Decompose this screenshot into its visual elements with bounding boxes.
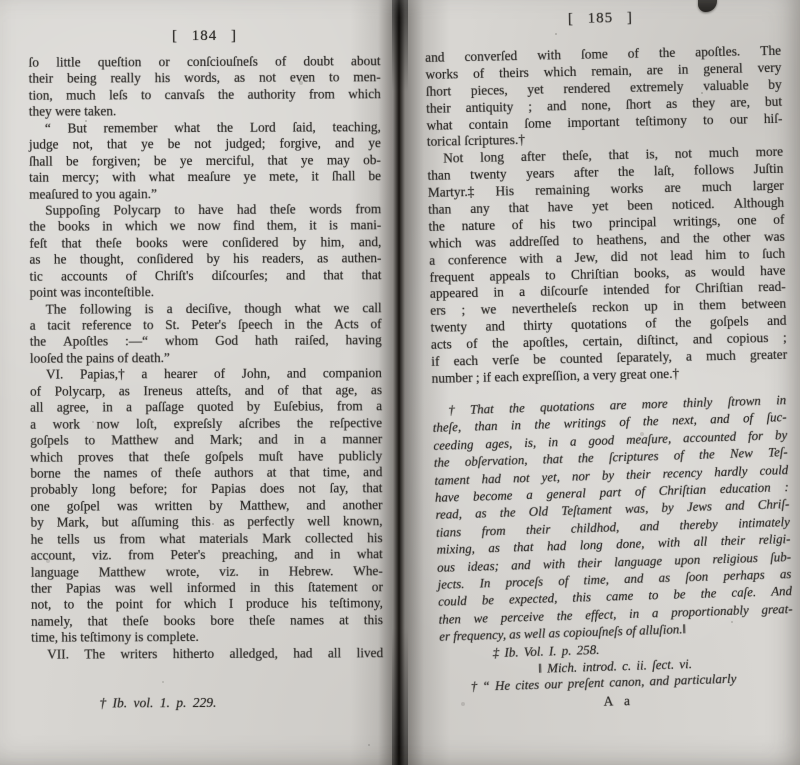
left-text-line: theApoſtles:—“whomGodhathraiſed,having bbox=[30, 333, 382, 351]
left-text-line: theirbeingreallyhiswords,asnoteventomen- bbox=[29, 70, 381, 88]
left-text-line: account,viz.fromPeter'spreaching,andinwh… bbox=[31, 546, 383, 564]
left-text-line: time, his teſtimony is complete. bbox=[31, 629, 383, 647]
left-text-line: VI.Papias,†ahearerofJohn,andcompanion bbox=[30, 366, 382, 384]
left-text-line: ſhallbeforgiven;beyemerciful,thatyemayob… bbox=[29, 152, 381, 170]
left-text-line: thebooksinwhichwenowfindthem,itismani- bbox=[29, 218, 381, 236]
right-page-body: andconverſedwithſomeoftheapoſtles.Thewor… bbox=[425, 43, 788, 388]
left-text-line: languageMatthewwrote,viz.inHebrew.Whe- bbox=[31, 563, 383, 581]
left-text-line: onegoſpelwaswrittenbyMatthew,andanother bbox=[31, 497, 383, 515]
right-page-footnote-block: †Thatthequotationsaremorethinlyſtrownint… bbox=[432, 393, 795, 715]
left-text-line: bornethenamesoftheſeauthorsatthattime,an… bbox=[30, 464, 382, 482]
left-text-line: ticaccountsofChriſt'sdiſcourſes;andthatt… bbox=[30, 267, 382, 285]
right-page-number: [ 185 ] bbox=[420, 7, 780, 31]
left-text-line: tainmercy;withwhatmeaſureyemete,itſhallb… bbox=[29, 168, 381, 186]
left-text-line: Thefollowingisadeciſive,thoughwhatwecall bbox=[30, 300, 382, 318]
left-text-line: aworknowloſt,expreſslyaſcribesthereſpect… bbox=[30, 415, 382, 433]
left-text-line: feſtthattheſebookswereconſideredbyhim,an… bbox=[29, 234, 381, 252]
left-text-line: ſolittlequeſtionorconſciouſneſsofdoubtab… bbox=[29, 53, 381, 71]
left-text-line: ashethought,conſideredbyhisreaders,asaut… bbox=[29, 250, 381, 268]
right-page-footnote-text: †Thatthequotationsaremorethinlyſtrownint… bbox=[432, 393, 793, 647]
left-text-line: judgenot,thatyebenotjudged;forgive,andye bbox=[29, 135, 381, 153]
left-text-line: ofPolycarp,asIreneusatteſts,andofthatage… bbox=[30, 382, 382, 400]
left-page-number: [ 184 ] bbox=[28, 27, 380, 46]
left-text-line: VII.Thewritershithertoalledged,hadallliv… bbox=[31, 645, 383, 663]
left-text-line: goſpelstoMatthewandMark;andinamanner bbox=[30, 431, 382, 449]
right-page: [ 185 ] andconverſedwithſomeoftheapoſtle… bbox=[420, 0, 800, 765]
left-page-body: ſolittlequeſtionorconſciouſneſsofdoubtab… bbox=[29, 53, 384, 663]
left-text-line: SuppoſingPolycarptohavehadtheſewordsfrom bbox=[29, 201, 381, 219]
left-text-line: probablylongbefore;forPapiasdoesnotſay,t… bbox=[30, 481, 382, 499]
left-text-line: atacitreferencetoSt.Peter'sſpeechintheAc… bbox=[30, 316, 382, 334]
left-text-line: not,tothepointforwhichIproducehisteſtimo… bbox=[31, 596, 383, 614]
left-text-line: tion,muchleſstocanvaſstheauthorityfromwh… bbox=[29, 86, 381, 104]
left-text-line: they were taken. bbox=[29, 103, 381, 121]
left-text-line: hetellsusfromwhatmaterialsMarkcollectedh… bbox=[31, 530, 383, 548]
left-text-line: meaſured to you again.” bbox=[29, 185, 381, 203]
book-scan: [ 184 ] ſolittlequeſtionorconſciouſneſso… bbox=[0, 0, 800, 765]
left-text-line: whichprovesthattheſegoſpelsmuſthavepubli… bbox=[30, 448, 382, 466]
left-text-line: therPapiaswaswellinformedinthisſtatement… bbox=[31, 579, 383, 597]
left-page: [ 184 ] ſolittlequeſtionorconſciouſneſso… bbox=[0, 0, 402, 765]
left-page-footnote: † Ib. vol. 1. p. 229. bbox=[99, 695, 216, 712]
left-text-line: “ButrememberwhattheLordſaid,teaching, bbox=[29, 119, 381, 137]
left-text-line: point was inconteſtible. bbox=[30, 283, 382, 301]
left-text-line: looſed the pains of death.” bbox=[30, 349, 382, 367]
left-text-line: byMark,butaſſumingthisasperfectlywellkno… bbox=[31, 513, 383, 531]
left-text-line: allagree,inapaſſagequotedbyEuſebius,from… bbox=[30, 398, 382, 416]
left-text-line: namely,thattheſebooksboretheſenamesatthi… bbox=[31, 612, 383, 630]
